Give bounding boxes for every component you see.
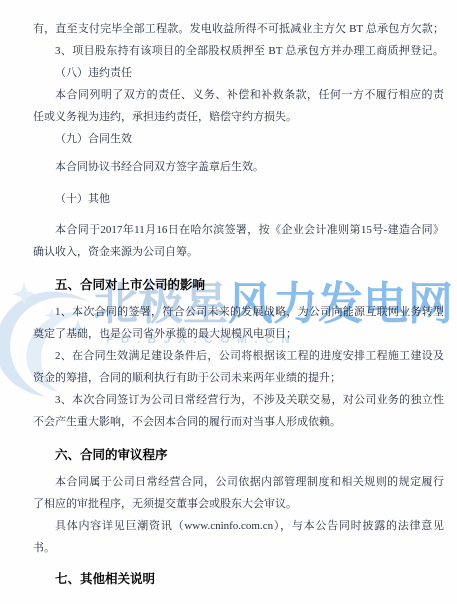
- doc-line: 奠定了基础，也是公司省外承揽的最大规模风电项目；: [33, 323, 444, 345]
- document-body: 有，直至支付完毕全部工程款。发电收益所得不可抵减业主方欠 BT 总承包方欠款； …: [33, 18, 444, 595]
- doc-line: 本合同属于公司日常经营合同，公司依据内部管理制度和相关规则的规定履行: [33, 471, 444, 493]
- scanned-document-page: 北极星风力发电网 FD.BJX.COM.CN 有，直至支付完毕全部工程款。发电收…: [0, 0, 457, 604]
- doc-line: （九）合同生效: [33, 128, 444, 150]
- doc-line: 书。: [33, 537, 444, 559]
- section-heading-5: 五、合同对上市公司的影响: [33, 273, 444, 297]
- doc-line: （十）其他: [33, 188, 444, 210]
- doc-line: 了相应的审批程序，无须提交董事会或股东大会审议。: [33, 493, 444, 515]
- doc-line: 3、项目股东持有该项目的全部股权质押至 BT 总承包方并办理工商质押登记。: [33, 40, 444, 62]
- doc-line: 资金的筹措，合同的顺利执行有助于公司未来两年业绩的提升；: [33, 367, 444, 389]
- section-heading-6: 六、合同的审议程序: [33, 443, 444, 467]
- doc-line: 3、本次合同签订为公司日常经营行为，不涉及关联交易，对公司业务的独立性: [33, 389, 444, 411]
- doc-line: 本合同协议书经合同双方签字盖章后生效。: [33, 156, 444, 178]
- doc-line: （八）违约责任: [33, 62, 444, 84]
- doc-line: 具体内容详见巨潮资讯（www.cninfo.com.cn），与本公告同时披露的法…: [33, 515, 444, 537]
- doc-line: 本合同于2017年11月16日在哈尔滨签署，按《企业会计准则第15号-建造合同》: [33, 219, 444, 241]
- doc-line: 不会产生重大影响，不会因本合同的履行而对当事人形成依赖。: [33, 411, 444, 433]
- doc-line: 任或义务视为违约，承担违约责任，赔偿守约方损失。: [33, 106, 444, 128]
- doc-line: 有，直至支付完毕全部工程款。发电收益所得不可抵减业主方欠 BT 总承包方欠款；: [33, 18, 444, 40]
- doc-line: 1、本次合同的签署，符合公司未来的发展战略，为公司向能源互联网业务转型: [33, 301, 444, 323]
- doc-line: 确认收入，资金来源为公司自筹。: [33, 241, 444, 263]
- doc-line: 本合同列明了双方的责任、义务、补偿和补救条款，任何一方不履行相应的责: [33, 84, 444, 106]
- doc-line: 2、在合同生效满足建设条件后，公司将根据该工程的进度安排工程施工建设及: [33, 345, 444, 367]
- section-heading-7: 七、其他相关说明: [33, 567, 444, 591]
